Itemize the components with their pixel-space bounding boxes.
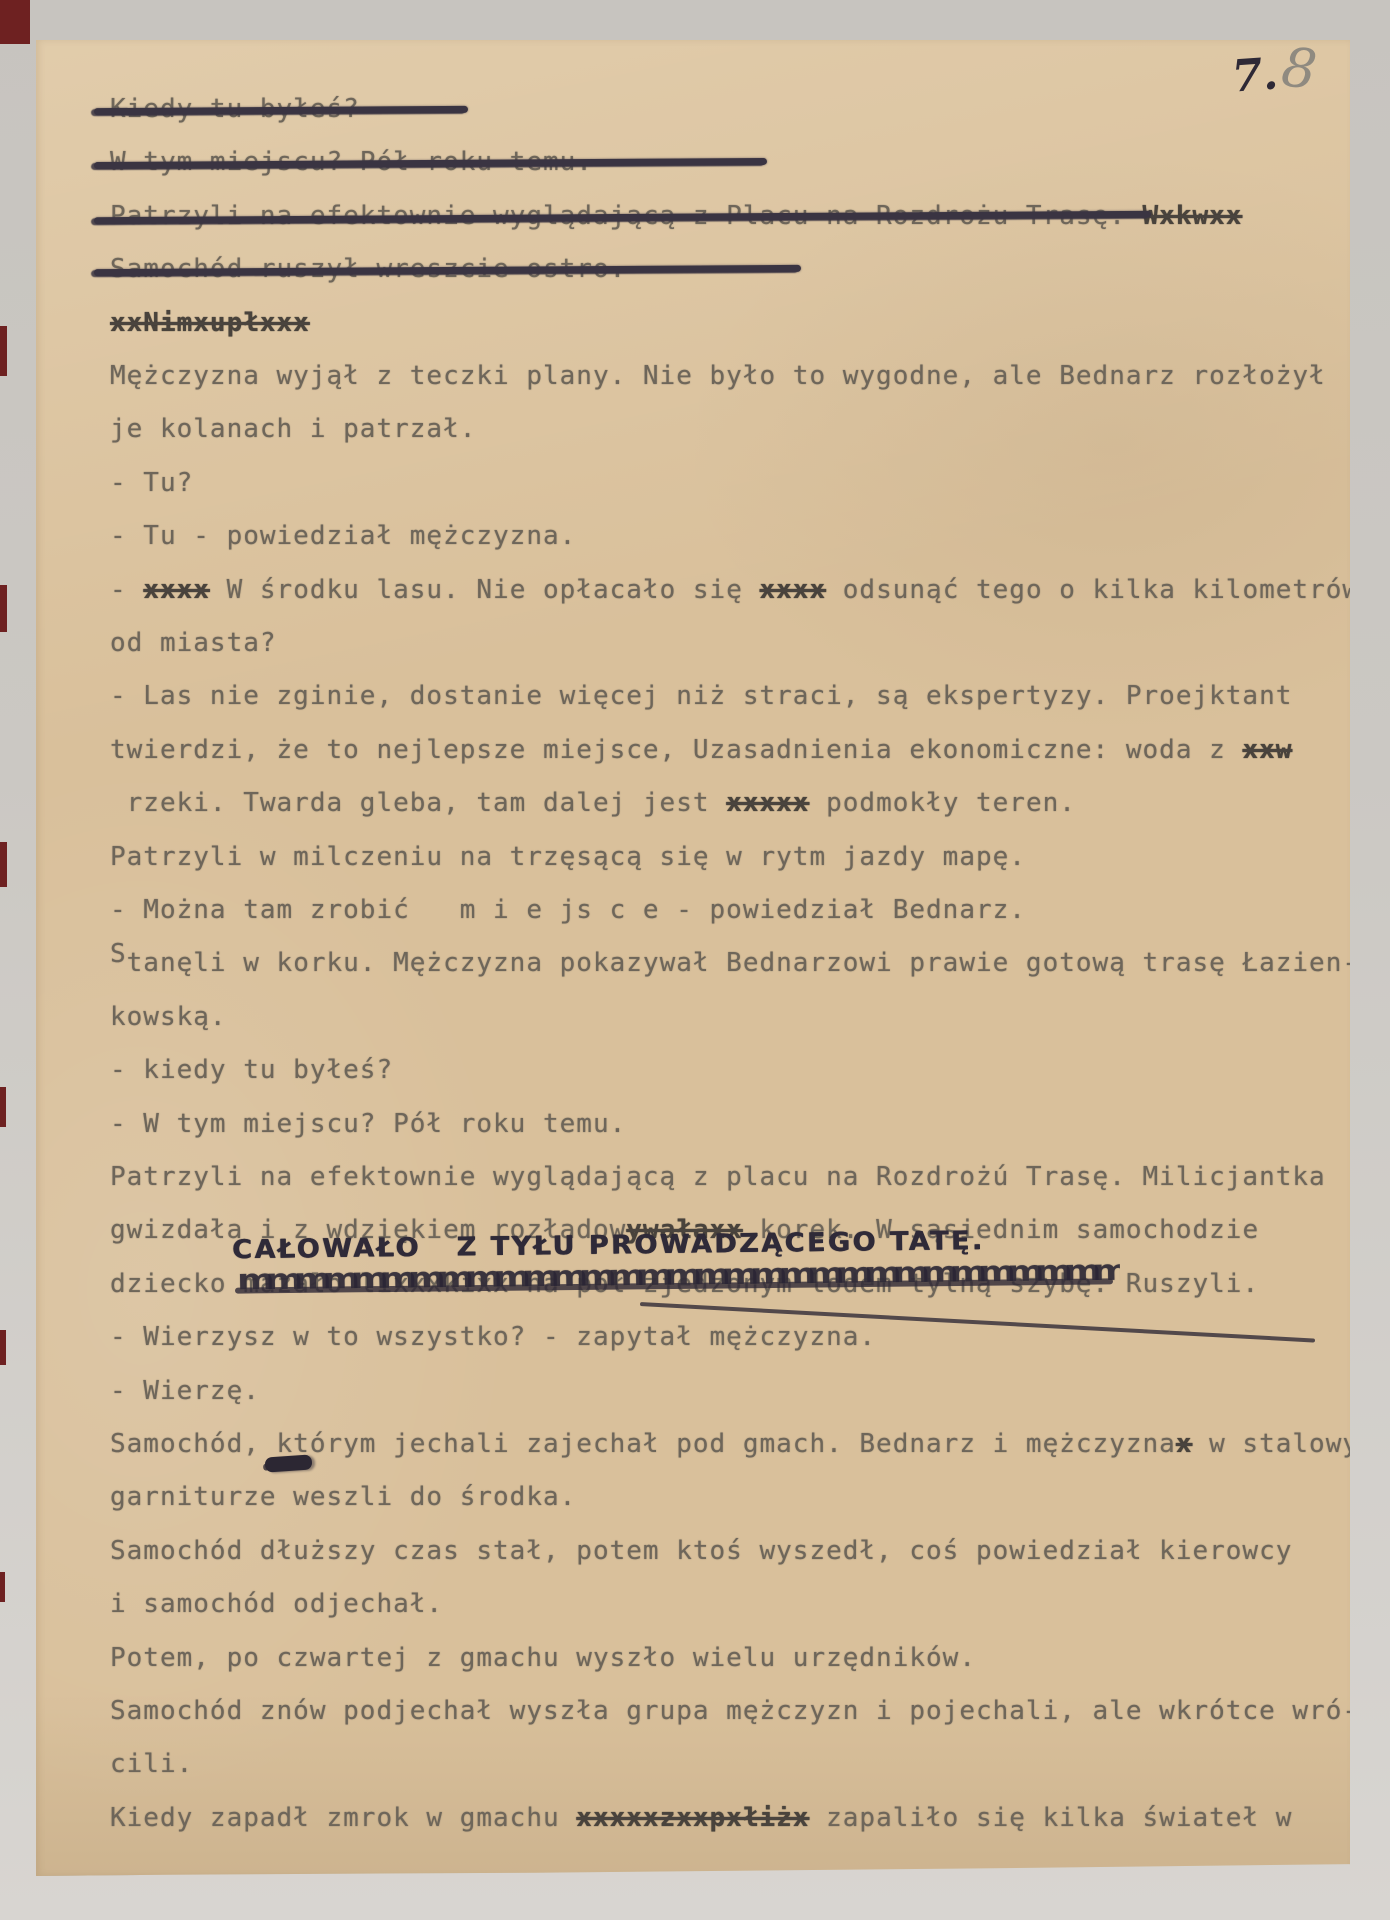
- overtyped-text: xxNimxupłxxx: [110, 308, 310, 338]
- typed-text: - W tym miejscu? Pół roku temu.: [110, 1109, 626, 1139]
- typed-text: rzeki. Twarda gleba, tam dalej jest: [110, 788, 726, 818]
- typescript-line: rzeki. Twarda gleba, tam dalej jest xxxx…: [110, 790, 1076, 816]
- typed-text: - Można tam zrobić m i e js c e - powied…: [110, 895, 1026, 925]
- overtyped-text: x: [1176, 1429, 1193, 1459]
- typed-text: - Wierzysz w to wszystko? - zapytał mężc…: [110, 1322, 876, 1352]
- overtyped-text: xxxxx: [726, 788, 809, 818]
- typed-text: - Tu - powiedział mężczyzna.: [110, 521, 576, 551]
- paper-sheet: 7. 8 Kiedy tu byłeś? W tym miejscu? Pół …: [36, 40, 1350, 1876]
- typed-text: - Las nie zginie, dostanie więcej niż st…: [110, 681, 1292, 711]
- typed-text: Kiedy zapadł zmrok w gmachu: [110, 1803, 576, 1833]
- typed-text: -: [110, 575, 143, 605]
- typed-text: podmokły teren.: [809, 788, 1075, 818]
- typescript-line: cili.: [110, 1751, 193, 1777]
- typed-text: twierdzi, że to nejlepsze miejsce, Uzasa…: [110, 735, 1242, 765]
- typescript-line: - Las nie zginie, dostanie więcej niż st…: [110, 683, 1292, 709]
- typescript-line: od miasta?: [110, 630, 277, 656]
- typescript-line: Patrzyli w milczeniu na trzęsącą się w r…: [110, 844, 1026, 870]
- overtyped-text: xxxx: [760, 575, 827, 605]
- typescript-line: - Tu?: [110, 470, 193, 496]
- typescript-line: - W tym miejscu? Pół roku temu.: [110, 1111, 626, 1137]
- typed-text: garniturze weszli do środka.: [110, 1482, 576, 1512]
- typescript-line: Kiedy zapadł zmrok w gmachu xxxxxzxxpxłi…: [110, 1805, 1292, 1831]
- typed-text: tanęli w korku. Mężczyzna pokazywał Bedn…: [127, 948, 1350, 978]
- typed-text: od miasta?: [110, 628, 277, 658]
- typed-text: je kolanach i patrzał.: [110, 414, 476, 444]
- typed-text: cili.: [110, 1749, 193, 1779]
- page-number-ink: 7.: [1231, 52, 1280, 99]
- typed-text: Samochód znów podjechał wyszła grupa męż…: [110, 1696, 1350, 1726]
- typescript-line: Potem, po czwartej z gmachu wyszło wielu…: [110, 1645, 976, 1671]
- typescript-line: Patrzyli na efektownie wyglądającą z Pla…: [110, 203, 1242, 229]
- typescript-line: - Można tam zrobić m i e js c e - powied…: [110, 897, 1026, 923]
- typed-text: - kiedy tu byłeś?: [110, 1055, 393, 1085]
- scan-artifact: [0, 1087, 6, 1127]
- overtyped-text: xxxxxzxxpxłiżx: [576, 1803, 809, 1833]
- typescript-line: - kiedy tu byłeś?: [110, 1057, 393, 1083]
- typed-text: Patrzyli w milczeniu na trzęsącą się w r…: [110, 842, 1026, 872]
- typed-text: - Tu?: [110, 468, 193, 498]
- typescript-line: - Tu - powiedział mężczyzna.: [110, 523, 576, 549]
- typescript-line: Samochód znów podjechał wyszła grupa męż…: [110, 1698, 1350, 1724]
- typescript-line: Mężczyzna wyjął z teczki plany. Nie było…: [110, 363, 1326, 389]
- typed-text: S: [110, 939, 127, 969]
- overtyped-text: Wxkwxx: [1143, 201, 1243, 231]
- page-number-pencil: 8: [1279, 40, 1320, 98]
- typed-text: Potem, po czwartej z gmachu wyszło wielu…: [110, 1643, 976, 1673]
- scanned-typescript-page: { "colors": { "paper": "#d9c09b", "desk"…: [0, 0, 1390, 1920]
- typed-text: odsunąć tego o kilka kilometrów: [826, 575, 1350, 605]
- struck-text: Samochód ruszył wreszcie ostro.: [110, 256, 793, 282]
- typescript-line: - xxxx W środku lasu. Nie opłacało się x…: [110, 577, 1350, 603]
- scan-artifact: [0, 842, 7, 887]
- typescript-line: W tym miejscu? Pół roku temu.: [110, 149, 759, 175]
- typescript-line: i samochód odjechał.: [110, 1591, 443, 1617]
- typed-text: - Wierzę.: [110, 1376, 260, 1406]
- struck-text: W tym miejscu? Pół roku temu.: [110, 149, 759, 175]
- typescript-line: Stanęli w korku. Mężczyzna pokazywał Bed…: [110, 950, 1350, 976]
- overtyped-text: xxw: [1242, 735, 1292, 765]
- handwritten-annotation: CAŁOWAŁO Z TYŁU PROWADZĄCEGO TATĘ.: [232, 1228, 985, 1263]
- typed-text: w stalowym: [1192, 1429, 1350, 1459]
- scan-artifact: [0, 0, 30, 44]
- typescript-line: xxNimxupłxxx: [110, 310, 310, 336]
- typescript-line: Patrzyli na efektownie wyglądającą z pla…: [110, 1164, 1326, 1190]
- typescript-line: Kiedy tu byłeś?: [110, 96, 460, 122]
- typescript-line: Samochód, którym jechali zajechał pod gm…: [110, 1431, 1350, 1457]
- typed-text: dziecko: [110, 1269, 243, 1299]
- ink-blob-correction: [265, 1454, 313, 1472]
- typed-text: Samochód dłuższy czas stał, potem ktoś w…: [110, 1536, 1292, 1566]
- typed-text: zapaliło się kilka świateł w: [809, 1803, 1292, 1833]
- typescript-line: kowską.: [110, 1004, 227, 1030]
- struck-text: Kiedy tu byłeś?: [110, 96, 460, 122]
- typed-text: kowską.: [110, 1002, 227, 1032]
- typed-text: i samochód odjechał.: [110, 1589, 443, 1619]
- typed-text: Ruszyli.: [1109, 1269, 1259, 1299]
- typescript-line: je kolanach i patrzał.: [110, 416, 476, 442]
- typed-text: W środku lasu. Nie opłacało się: [210, 575, 760, 605]
- typescript-line: twierdzi, że to nejlepsze miejsce, Uzasa…: [110, 737, 1292, 763]
- overtyped-text: xxxx: [143, 575, 210, 605]
- scan-artifact: [0, 1572, 5, 1602]
- typed-text: Patrzyli na efektownie wyglądającą z pla…: [110, 1162, 1326, 1192]
- typed-text: Mężczyzna wyjął z teczki plany. Nie było…: [110, 361, 1326, 391]
- struck-text: Patrzyli na efektownie wyglądającą z Pla…: [110, 203, 1143, 229]
- scan-artifact: [0, 585, 7, 632]
- typescript-line: - Wierzę.: [110, 1378, 260, 1404]
- typed-text: Samochód, którym jechali zajechał pod gm…: [110, 1429, 1176, 1459]
- typescript-line: - Wierzysz w to wszystko? - zapytał mężc…: [110, 1324, 876, 1350]
- scribbled-text: mazało lixxxkixx na pół zjedzonym lodem …: [243, 1271, 1109, 1297]
- typescript-line: Samochód dłuższy czas stał, potem ktoś w…: [110, 1538, 1292, 1564]
- typescript-line: dziecko mazało lixxxkixx na pół zjedzony…: [110, 1271, 1259, 1297]
- scan-artifact: [0, 326, 7, 376]
- typescript-line: Samochód ruszył wreszcie ostro.: [110, 256, 793, 282]
- scan-artifact: [0, 1330, 6, 1365]
- typescript-line: garniturze weszli do środka.: [110, 1484, 576, 1510]
